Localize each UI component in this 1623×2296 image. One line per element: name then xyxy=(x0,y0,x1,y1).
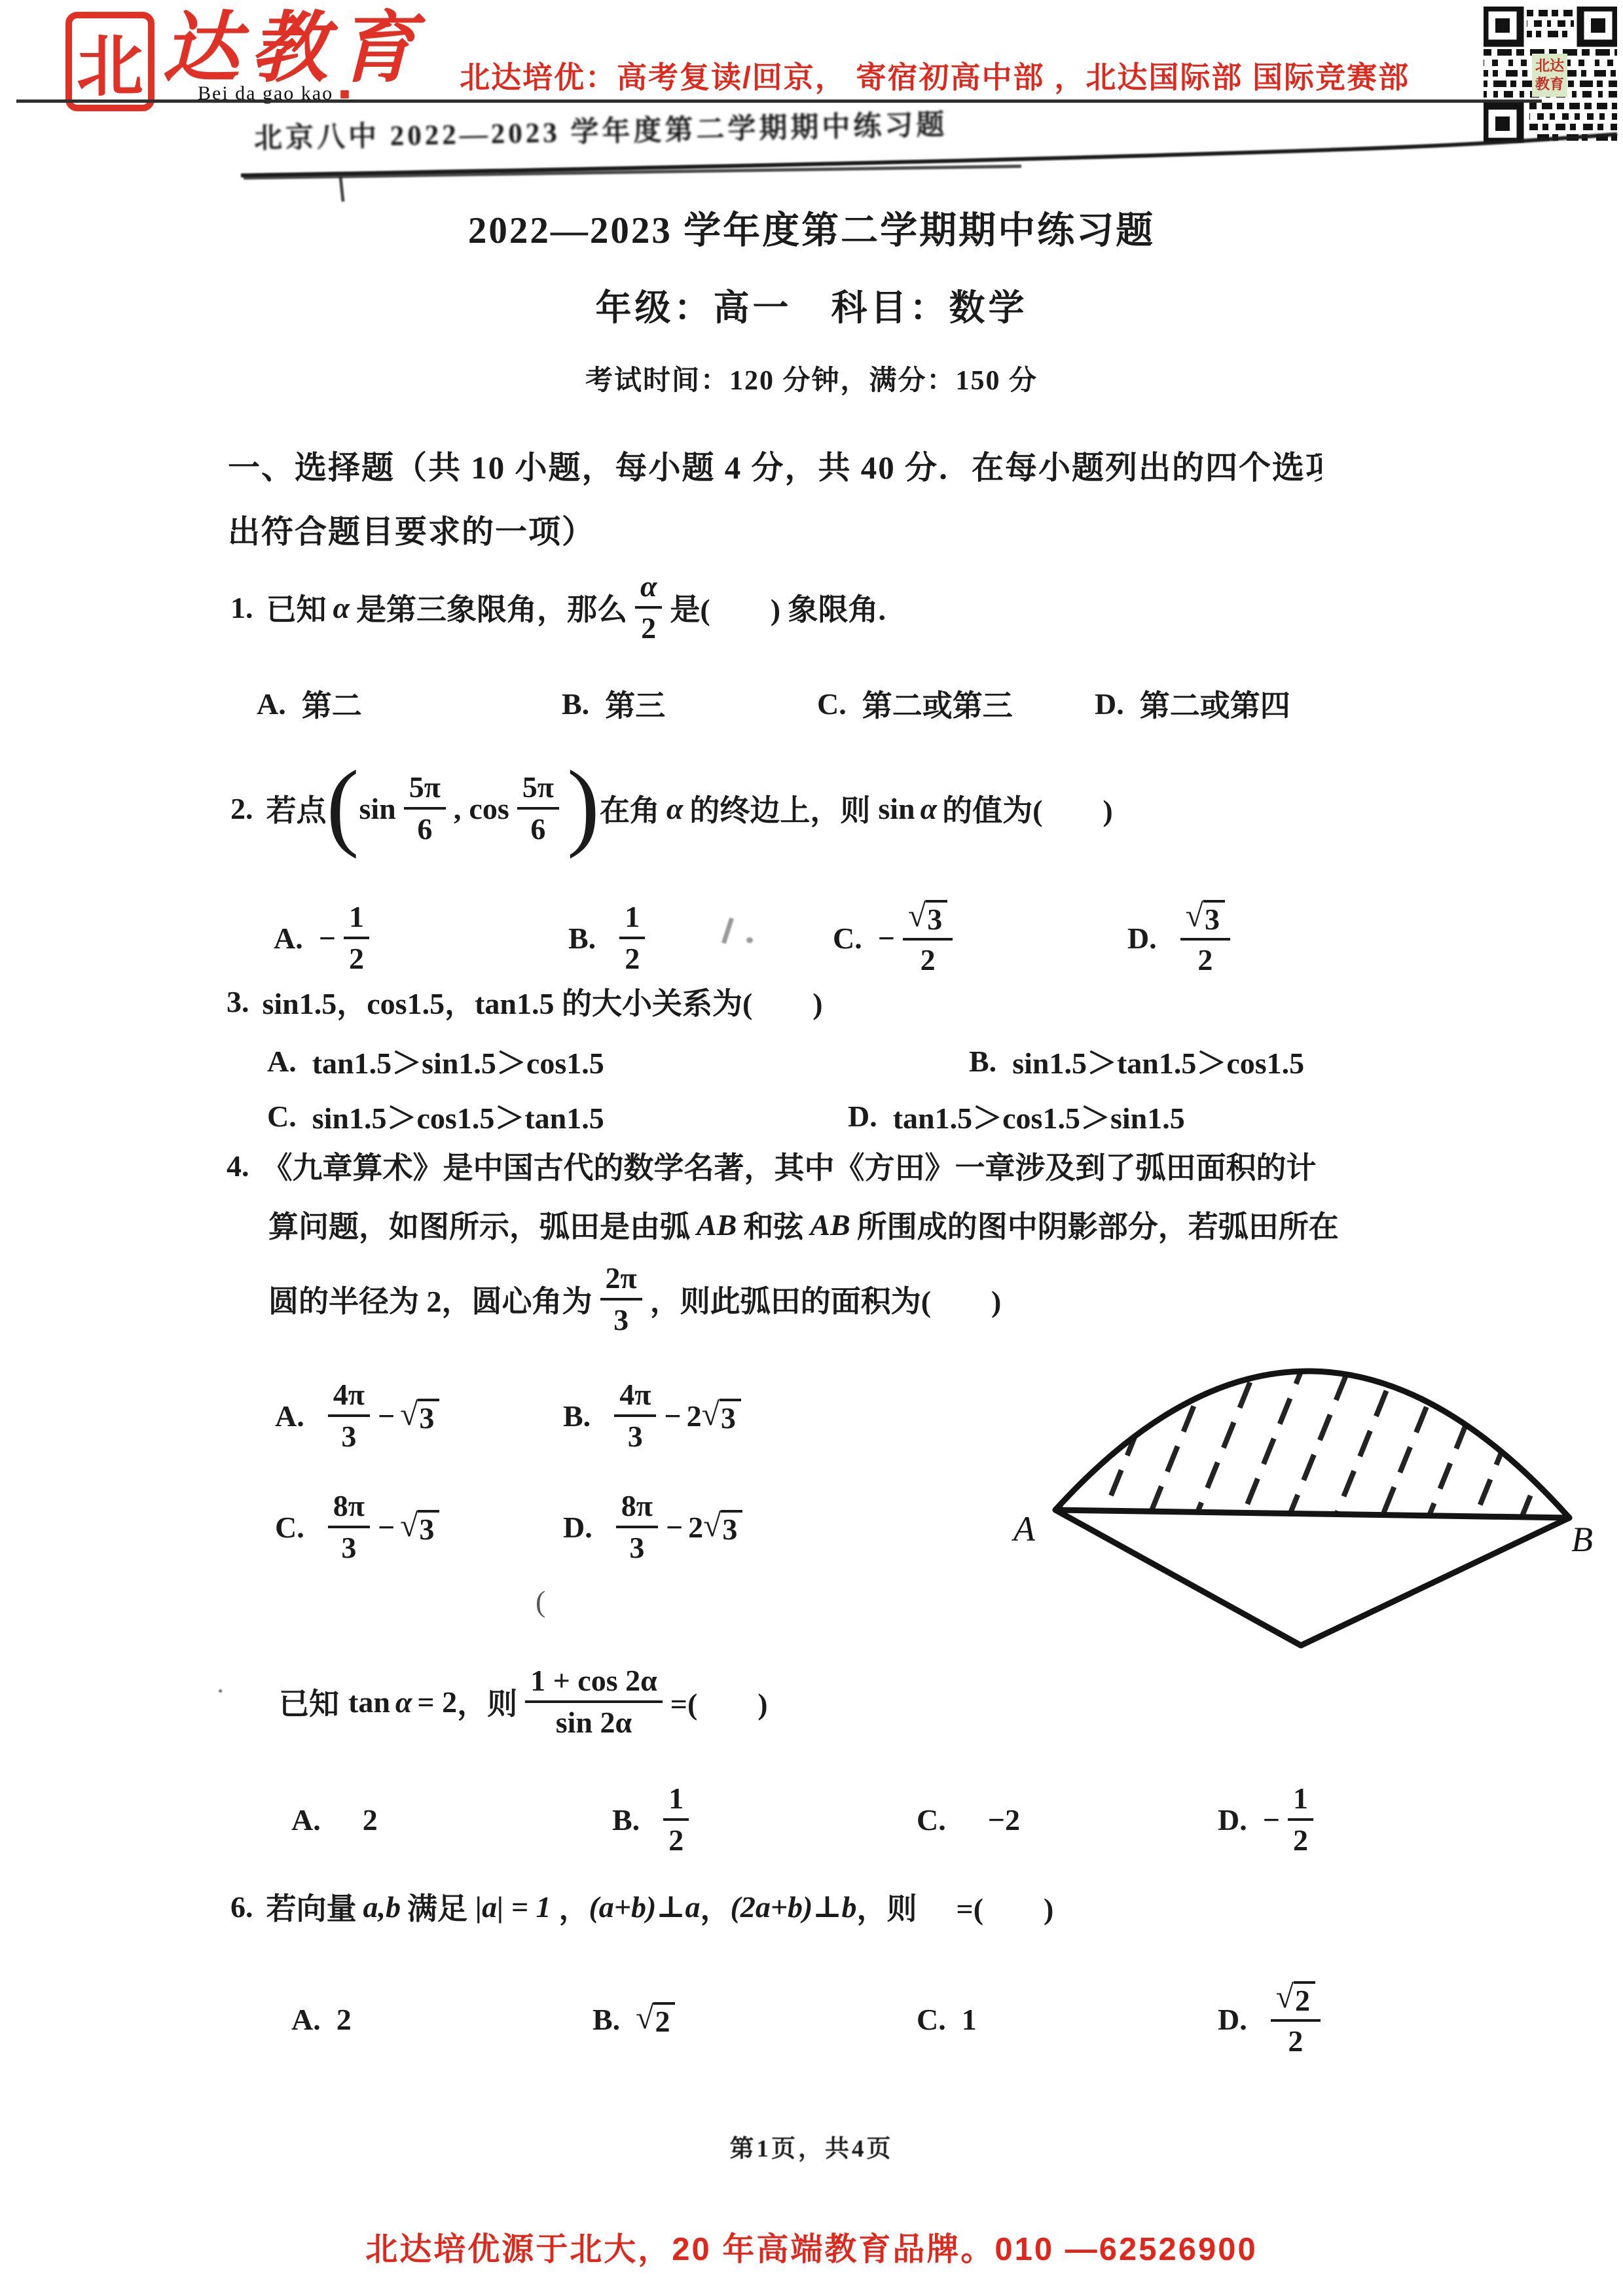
q6-option-a: A. 2 xyxy=(291,1967,352,2072)
exam-info: 考试时间：120 分钟，满分：150 分 xyxy=(0,359,1623,398)
shaded-arc-segment xyxy=(1055,1371,1569,1518)
minus-sign: − xyxy=(878,921,895,956)
math-var: α xyxy=(921,791,937,826)
section1-heading-line1: 一、选择题（共 10 小题，每小题 4 分，共 40 分．在每小题列出的四个选项 xyxy=(228,442,1322,488)
q6-option-c: C. 1 xyxy=(917,1967,977,2072)
question-4-stem-line2: 算问题，如图所示，弧田是由弧 AB 和弦 AB 所围成的图中阴影部分，若弧田所在 xyxy=(268,1203,1339,1246)
q2-option-a: A. − 1 2 xyxy=(274,889,377,987)
math-var: α xyxy=(666,791,683,826)
math-var: α xyxy=(395,1685,412,1719)
q4-option-a: A. 4π 3 − √3 xyxy=(275,1367,439,1465)
q1-option-c: C.第二或第三 xyxy=(817,682,1013,725)
question-5-stem: 已知 tan α = 2 ，则 1 + cos 2α sin 2α =( ) xyxy=(279,1646,768,1757)
question-4-stem-line3: 圆的半径为 2，圆心角为 2π 3 ，则此弧田的面积为( ) xyxy=(268,1250,1001,1348)
fraction: 1 2 xyxy=(663,1782,689,1856)
fraction: α 2 xyxy=(635,570,662,644)
big-paren-right: ) xyxy=(567,764,600,848)
section1-heading-line2: 出符合题目要求的一项） xyxy=(228,507,595,552)
square-root: √3 xyxy=(703,1510,742,1545)
fraction: 1 + cos 2α sin 2α xyxy=(525,1664,663,1738)
page-number: 第1页，共4页 xyxy=(0,2128,1623,2164)
fraction: √3 2 xyxy=(903,900,953,977)
math-expr: (2a+b)⊥b xyxy=(731,1889,857,1924)
figure-label-b: B xyxy=(1571,1520,1593,1559)
math-var: AB xyxy=(697,1208,737,1242)
fraction: 4π 3 xyxy=(614,1378,656,1452)
q6-option-b: B. √2 xyxy=(593,1967,675,2072)
question-6-stem: 6. 若向量 a,b 满足 |a| = 1 ， (a+b)⊥a ， (2a+b)… xyxy=(230,1885,1053,1928)
q4-option-d: D. 8π 3 − 2 √3 xyxy=(563,1478,742,1576)
question-3-stem: 3. sin1.5，cos1.5，tan1.5 的大小关系为( ) xyxy=(227,980,823,1023)
q3-option-d: D.tan1.5＞cos1.5＞sin1.5 xyxy=(848,1094,1185,1138)
minus-sign: − xyxy=(319,921,336,956)
ink-smudge xyxy=(718,915,763,952)
question-1-stem: 1. 已知 α 是第三象限角，那么 α 2 是( ) 象限角. xyxy=(230,562,886,653)
fraction: 5π 6 xyxy=(517,771,559,845)
clipped-char: 项 xyxy=(1305,442,1322,488)
minus-sign: − xyxy=(664,1399,681,1433)
q2-option-b: B. 1 2 xyxy=(568,889,653,987)
fraction: 1 2 xyxy=(619,901,645,975)
faded-question-number: · xyxy=(216,1676,225,1706)
q3-option-b: B.sin1.5＞tan1.5＞cos1.5 xyxy=(969,1039,1304,1083)
q2-option-c: C. − √3 2 xyxy=(833,889,960,987)
fraction: 1 2 xyxy=(344,901,369,975)
q3-option-a: A.tan1.5＞sin1.5＞cos1.5 xyxy=(267,1039,604,1083)
fraction: 8π 3 xyxy=(616,1490,658,1564)
question-number: 6. xyxy=(230,1890,253,1924)
q6-option-d: D. √2 2 xyxy=(1218,1967,1328,2072)
question-2-stem: 2. 若点 ( sin 5π 6 , cos 5π 6 ) 在角 α 的终边上，… xyxy=(230,740,1113,877)
q5-option-b: B. 1 2 xyxy=(612,1767,697,1872)
math-expr: (a+b)⊥a xyxy=(589,1889,700,1924)
minus-sign: − xyxy=(1263,1803,1280,1837)
fraction: 1 2 xyxy=(1288,1782,1313,1856)
square-root: √3 xyxy=(400,1510,439,1545)
math-var: AB xyxy=(810,1208,850,1242)
q1-option-d: D.第二或第四 xyxy=(1095,682,1290,725)
minus-sign: − xyxy=(378,1510,395,1545)
fraction: 8π 3 xyxy=(328,1490,370,1564)
minus-sign: − xyxy=(666,1510,683,1545)
stray-paren-mark: ( xyxy=(536,1584,545,1619)
big-paren-left: ( xyxy=(327,764,359,848)
math-expr: |a| = 1 xyxy=(475,1890,551,1924)
q1-option-a: A.第二 xyxy=(257,682,362,725)
question-number: 2. xyxy=(230,791,253,826)
q5-option-d: D. − 1 2 xyxy=(1218,1767,1321,1872)
fraction: √2 2 xyxy=(1271,1981,1321,2058)
exam-subtitle: 年级：高一 科目：数学 xyxy=(0,279,1623,331)
fraction: 5π 6 xyxy=(404,771,446,845)
math-var: a,b xyxy=(363,1890,401,1924)
fraction: 4π 3 xyxy=(328,1378,370,1452)
square-root: √3 xyxy=(908,900,947,935)
question-4-stem-line1: 4. 《九章算术》是中国古代的数学名著，其中《方田》一章涉及到了弧田面积的计 xyxy=(227,1144,1317,1187)
question-number: 4. xyxy=(227,1149,249,1183)
question-number: 3. xyxy=(227,984,249,1019)
q5-option-a: A. 2 xyxy=(291,1767,378,1872)
square-root: √3 xyxy=(702,1399,741,1433)
q1-option-b: B.第三 xyxy=(562,682,665,725)
q5-option-c: C. −2 xyxy=(917,1767,1020,1872)
scanned-exam-page: 北 达教育 Bei da gao kao ■ 北达培优：高考复读/回京， 寄宿初… xyxy=(0,0,1623,2296)
fraction: √3 2 xyxy=(1180,900,1230,977)
footer-brand-line: 北达培优源于北大，20 年高端教育品牌。010 —62526900 xyxy=(0,2224,1623,2270)
square-root: √3 xyxy=(1186,900,1225,935)
square-root: √3 xyxy=(400,1399,439,1433)
question-number: 1. xyxy=(230,590,253,625)
q2-option-d: D. √3 2 xyxy=(1127,889,1238,987)
square-root: √2 xyxy=(636,2002,675,2037)
fraction: 2π 3 xyxy=(600,1262,642,1336)
minus-sign: − xyxy=(378,1399,395,1433)
q4-option-c: C. 8π 3 − √3 xyxy=(275,1478,439,1576)
q4-option-b: B. 4π 3 − 2 √3 xyxy=(563,1367,741,1465)
q3-option-c: C.sin1.5＞cos1.5＞tan1.5 xyxy=(267,1094,604,1138)
square-root: √2 xyxy=(1276,1981,1315,2016)
fan-sides xyxy=(1055,1510,1569,1645)
figure-label-a: A xyxy=(1012,1509,1036,1549)
math-var: α xyxy=(333,590,350,625)
arc-field-figure: A B xyxy=(1010,1343,1599,1651)
exam-title: 2022—2023 学年度第二学期期中练习题 xyxy=(0,200,1623,254)
